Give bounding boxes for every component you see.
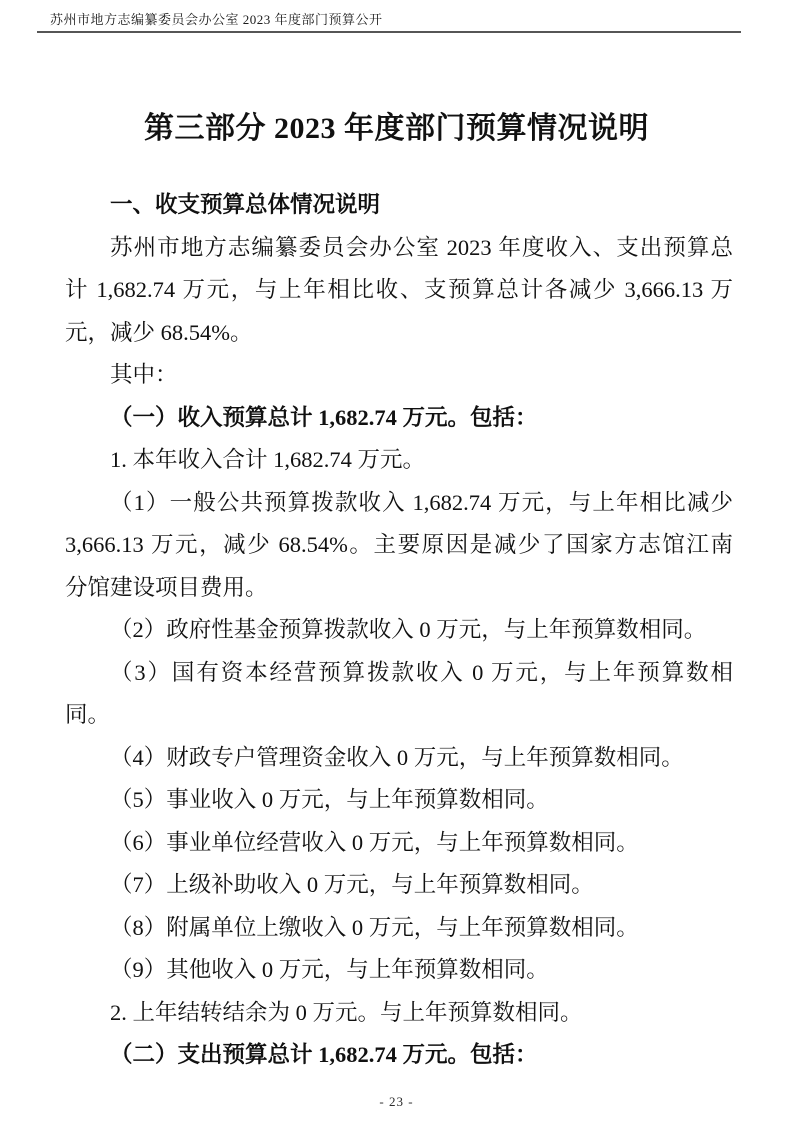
- paragraph-current-year-income: 1. 本年收入合计 1,682.74 万元。: [65, 439, 733, 482]
- paragraph-institution-operating-income: （6）事业单位经营收入 0 万元，与上年预算数相同。: [65, 822, 733, 865]
- header-text: 苏州市地方志编纂委员会办公室 2023 年度部门预算公开: [50, 9, 741, 28]
- paragraph-other-income: （9）其他收入 0 万元，与上年预算数相同。: [65, 949, 733, 992]
- section-heading-income-expense-overview: 一、收支预算总体情况说明: [65, 184, 733, 227]
- paragraph-among-which: 其中：: [65, 354, 733, 397]
- paragraph-total-budget: 苏州市地方志编纂委员会办公室 2023 年度收入、支出预算总 计 1,682.7…: [65, 227, 733, 355]
- text-line: （7）上级补助收入 0 万元，与上年预算数相同。: [65, 864, 733, 907]
- text-line: （二）支出预算总计 1,682.74 万元。包括：: [65, 1034, 733, 1077]
- paragraph-fiscal-special-account-income: （4）财政专户管理资金收入 0 万元，与上年预算数相同。: [65, 737, 733, 780]
- text-line: 苏州市地方志编纂委员会办公室 2023 年度收入、支出预算总: [65, 227, 733, 270]
- text-line: 其中：: [65, 354, 733, 397]
- document-body: 一、收支预算总体情况说明 苏州市地方志编纂委员会办公室 2023 年度收入、支出…: [65, 184, 733, 1077]
- text-line: （2）政府性基金预算拨款收入 0 万元，与上年预算数相同。: [65, 609, 733, 652]
- text-line: （9）其他收入 0 万元，与上年预算数相同。: [65, 949, 733, 992]
- paragraph-affiliated-unit-income: （8）附属单位上缴收入 0 万元，与上年预算数相同。: [65, 907, 733, 950]
- text-line: 分馆建设项目费用。: [65, 567, 733, 610]
- paragraph-superior-subsidy-income: （7）上级补助收入 0 万元，与上年预算数相同。: [65, 864, 733, 907]
- page-number: - 23 -: [0, 1094, 793, 1110]
- text-line: （8）附属单位上缴收入 0 万元，与上年预算数相同。: [65, 907, 733, 950]
- text-line: （3）国有资本经营预算拨款收入 0 万元，与上年预算数相: [65, 652, 733, 695]
- document-page: 苏州市地方志编纂委员会办公室 2023 年度部门预算公开 第三部分 2023 年…: [0, 0, 793, 1122]
- paragraph-carryover-balance: 2. 上年结转结余为 0 万元。与上年预算数相同。: [65, 992, 733, 1035]
- text-line: 计 1,682.74 万元，与上年相比收、支预算总计各减少 3,666.13 万: [65, 269, 733, 312]
- text-line: 元，减少 68.54%。: [65, 312, 733, 355]
- text-line: （4）财政专户管理资金收入 0 万元，与上年预算数相同。: [65, 737, 733, 780]
- page-header: 苏州市地方志编纂委员会办公室 2023 年度部门预算公开: [37, 9, 741, 33]
- text-line: （1）一般公共预算拨款收入 1,682.74 万元，与上年相比减少: [65, 482, 733, 525]
- text-line: 2. 上年结转结余为 0 万元。与上年预算数相同。: [65, 992, 733, 1035]
- text-line: （5）事业收入 0 万元，与上年预算数相同。: [65, 779, 733, 822]
- heading-expense-budget-total: （二）支出预算总计 1,682.74 万元。包括：: [65, 1034, 733, 1077]
- paragraph-state-capital-income: （3）国有资本经营预算拨款收入 0 万元，与上年预算数相 同。: [65, 652, 733, 737]
- text-line: （6）事业单位经营收入 0 万元，与上年预算数相同。: [65, 822, 733, 865]
- text-line: 一、收支预算总体情况说明: [65, 184, 733, 227]
- heading-income-budget-total: （一）收入预算总计 1,682.74 万元。包括：: [65, 397, 733, 440]
- paragraph-institution-income: （5）事业收入 0 万元，与上年预算数相同。: [65, 779, 733, 822]
- text-line: 1. 本年收入合计 1,682.74 万元。: [65, 439, 733, 482]
- text-line: （一）收入预算总计 1,682.74 万元。包括：: [65, 397, 733, 440]
- paragraph-government-fund-income: （2）政府性基金预算拨款收入 0 万元，与上年预算数相同。: [65, 609, 733, 652]
- text-line: 3,666.13 万元，减少 68.54%。主要原因是减少了国家方志馆江南: [65, 524, 733, 567]
- text-line: 同。: [65, 694, 733, 737]
- paragraph-general-public-budget-income: （1）一般公共预算拨款收入 1,682.74 万元，与上年相比减少 3,666.…: [65, 482, 733, 610]
- document-title: 第三部分 2023 年度部门预算情况说明: [0, 103, 793, 147]
